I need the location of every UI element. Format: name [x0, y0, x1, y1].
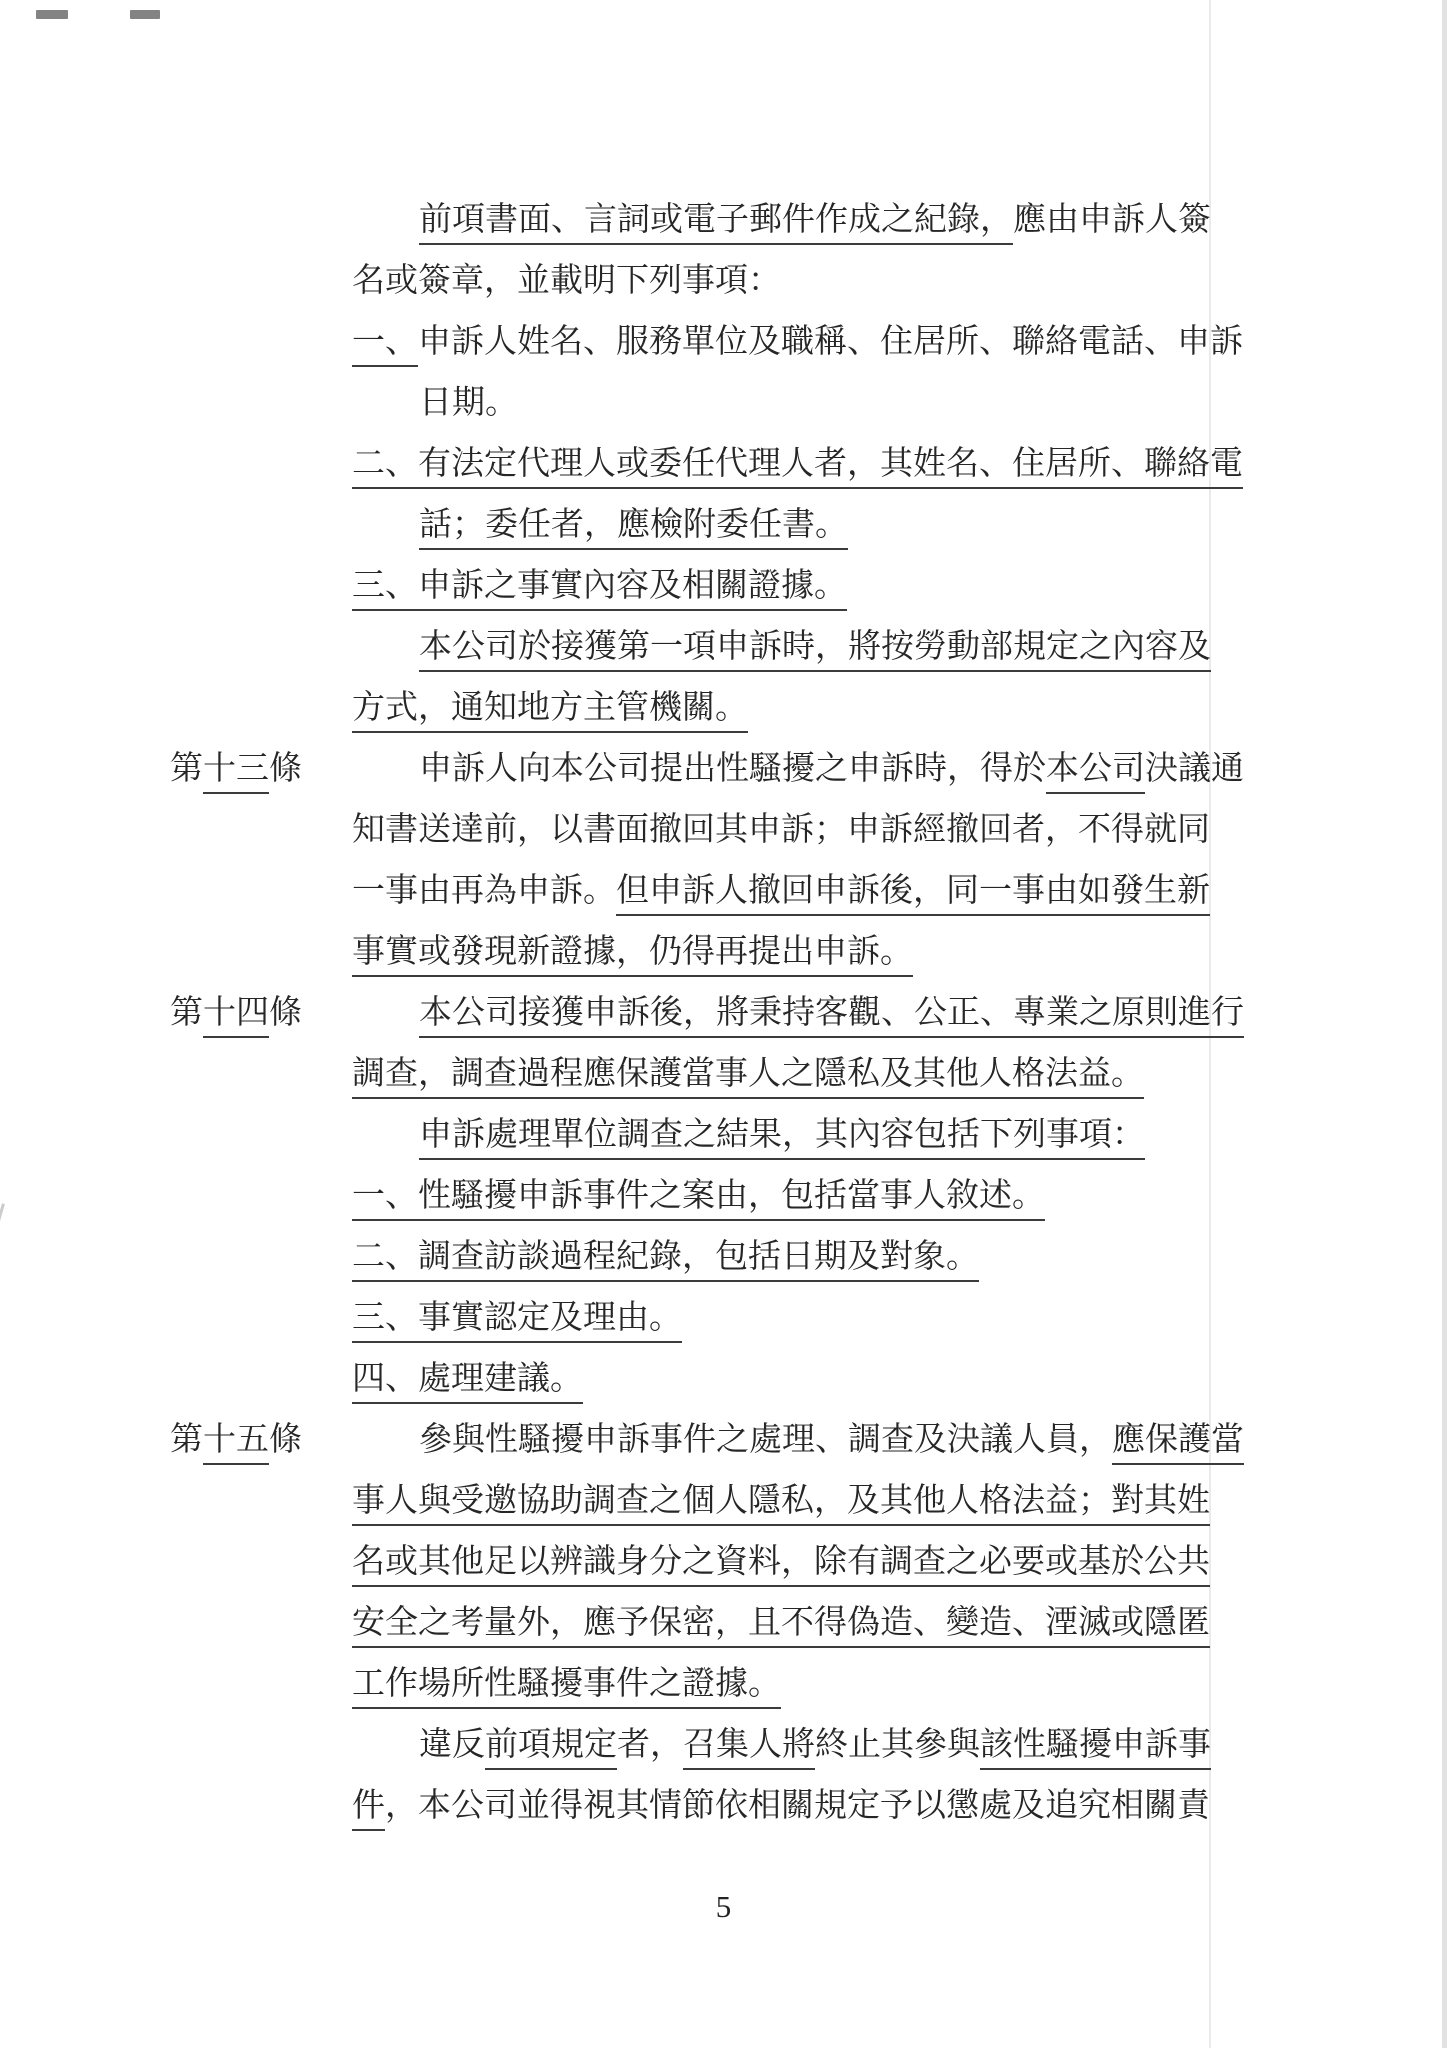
text-segment: 召集人將: [683, 1727, 815, 1770]
text-segment: 應由申訴人簽: [1013, 202, 1211, 243]
text-line: 事人與受邀協助調查之個人隱私，及其他人格法益；對其姓: [352, 1478, 1447, 1539]
scan-artifact-mark: [130, 10, 160, 19]
text-line: 第十五條參與性騷擾申訴事件之處理、調查及決議人員，應保護當: [170, 1417, 1447, 1478]
text-segment: 終止其參與: [815, 1727, 980, 1768]
text-segment: 本公司於接獲第一項申訴時，將按勞動部規定之內容及: [419, 629, 1211, 672]
text-line: 四、處理建議。: [352, 1356, 1447, 1417]
text-line: 調查，調查過程應保護當事人之隱私及其他人格法益。: [352, 1051, 1447, 1112]
article-number-label: 第十四條: [170, 995, 302, 1038]
text-segment: 件: [352, 1788, 385, 1831]
text-line: 第十四條本公司接獲申訴後，將秉持客觀、公正、專業之原則進行: [170, 990, 1447, 1051]
article-number-label: 第十五條: [170, 1422, 302, 1465]
text-segment: 該性騷擾申訴事: [980, 1727, 1211, 1770]
text-segment: 申訴人向本公司提出性騷擾之申訴時，得於: [419, 751, 1046, 792]
document-text-block: 前項書面、言詞或電子郵件作成之紀錄，應由申訴人簽名或簽章，並載明下列事項：一、申…: [0, 197, 1447, 1844]
text-line: 件，本公司並得視其情節依相關規定予以懲處及追究相關責: [352, 1783, 1447, 1844]
text-segment: 二、有法定代理人或委任代理人者，其姓名、住居所、聯絡電: [352, 446, 1243, 489]
text-line: 工作場所性騷擾事件之證據。: [352, 1661, 1447, 1722]
text-segment: 條: [269, 751, 302, 792]
text-segment: 本公司接獲申訴後，將秉持客觀、公正、專業之原則進行: [419, 995, 1244, 1038]
page-number: 5: [0, 1889, 1447, 1925]
text-segment: 參與性騷擾申訴事件之處理、調查及決議人員，: [419, 1422, 1112, 1463]
text-line: 日期。: [419, 380, 1447, 441]
text-segment: 調查，調查過程應保護當事人之隱私及其他人格法益。: [352, 1056, 1144, 1099]
text-line: 本公司於接獲第一項申訴時，將按勞動部規定之內容及: [419, 624, 1447, 685]
text-line: 二、有法定代理人或委任代理人者，其姓名、住居所、聯絡電: [352, 441, 1447, 502]
text-line: 一、性騷擾申訴事件之案由，包括當事人敘述。: [352, 1173, 1447, 1234]
text-line: 違反前項規定者，召集人將終止其參與該性騷擾申訴事: [419, 1722, 1447, 1783]
text-line: 名或簽章，並載明下列事項：: [352, 258, 1447, 319]
text-segment: 第: [170, 1422, 203, 1463]
text-line: 方式，通知地方主管機關。: [352, 685, 1447, 746]
scan-artifact-mark: [36, 10, 68, 19]
text-segment: 二、調查訪談過程紀錄，包括日期及對象。: [352, 1239, 979, 1282]
text-line: 事實或發現新證據，仍得再提出申訴。: [352, 929, 1447, 990]
text-segment: 本公司: [1046, 751, 1145, 794]
text-line: 二、調查訪談過程紀錄，包括日期及對象。: [352, 1234, 1447, 1295]
text-segment: 知書送達前，以書面撤回其申訴；申訴經撤回者，不得就同: [352, 812, 1210, 853]
text-segment: 三、事實認定及理由。: [352, 1300, 682, 1343]
text-segment: 但申訴人撤回申訴後，同一事由如發生新: [616, 873, 1210, 916]
text-segment: 話；委任者，應檢附委任書。: [419, 507, 848, 550]
text-segment: 十四: [203, 995, 269, 1038]
text-segment: 條: [269, 1422, 302, 1463]
article-number-label: 第十三條: [170, 751, 302, 794]
text-segment: 三、申訴之事實內容及相關證據。: [352, 568, 847, 611]
text-segment: 應保護當: [1112, 1422, 1244, 1465]
text-line: 第十三條申訴人向本公司提出性騷擾之申訴時，得於本公司決議通: [170, 746, 1447, 807]
text-segment: 第: [170, 751, 203, 792]
text-segment: 決議通: [1145, 751, 1244, 792]
scanned-document-page: 前項書面、言詞或電子郵件作成之紀錄，應由申訴人簽名或簽章，並載明下列事項：一、申…: [0, 0, 1447, 2048]
text-segment: 條: [269, 995, 302, 1036]
text-line: 前項書面、言詞或電子郵件作成之紀錄，應由申訴人簽: [419, 197, 1447, 258]
text-segment: 者，: [617, 1727, 683, 1768]
text-segment: 日期。: [419, 385, 518, 426]
text-line: 一、申訴人姓名、服務單位及職稱、住居所、聯絡電話、申訴: [352, 319, 1447, 380]
text-segment: 方式，通知地方主管機關。: [352, 690, 748, 733]
text-segment: 申訴處理單位調查之結果，其內容包括下列事項：: [419, 1117, 1145, 1160]
text-segment: 事人與受邀協助調查之個人隱私，及其他人格法益；對其姓: [352, 1483, 1210, 1526]
text-segment: ，本公司並得視其情節依相關規定予以懲處及追究相關責: [385, 1788, 1210, 1829]
text-segment: 一事由再為申訴。: [352, 873, 616, 914]
text-segment: 申訴人姓名、服務單位及職稱、住居所、聯絡電話、申訴: [418, 324, 1243, 365]
text-segment: 十三: [203, 751, 269, 794]
text-line: 安全之考量外，應予保密，且不得偽造、變造、湮滅或隱匿: [352, 1600, 1447, 1661]
text-segment: 一、性騷擾申訴事件之案由，包括當事人敘述。: [352, 1178, 1045, 1221]
text-line: 話；委任者，應檢附委任書。: [419, 502, 1447, 563]
text-line: 三、申訴之事實內容及相關證據。: [352, 563, 1447, 624]
text-segment: 名或其他足以辨識身分之資料，除有調查之必要或基於公共: [352, 1544, 1210, 1587]
text-segment: 十五: [203, 1422, 269, 1465]
text-segment: 前項規定: [485, 1727, 617, 1770]
text-line: 三、事實認定及理由。: [352, 1295, 1447, 1356]
text-segment: 安全之考量外，應予保密，且不得偽造、變造、湮滅或隱匿: [352, 1605, 1210, 1648]
text-segment: 工作場所性騷擾事件之證據。: [352, 1666, 781, 1709]
text-segment: 四、處理建議。: [352, 1361, 583, 1404]
text-segment: 事實或發現新證據，仍得再提出申訴。: [352, 934, 913, 977]
text-segment: 名或簽章，並載明下列事項：: [352, 263, 781, 304]
text-segment: 一、: [352, 324, 418, 367]
text-line: 申訴處理單位調查之結果，其內容包括下列事項：: [419, 1112, 1447, 1173]
text-line: 名或其他足以辨識身分之資料，除有調查之必要或基於公共: [352, 1539, 1447, 1600]
text-line: 一事由再為申訴。但申訴人撤回申訴後，同一事由如發生新: [352, 868, 1447, 929]
text-line: 知書送達前，以書面撤回其申訴；申訴經撤回者，不得就同: [352, 807, 1447, 868]
text-segment: 第: [170, 995, 203, 1036]
text-segment: 違反: [419, 1727, 485, 1768]
text-segment: 前項書面、言詞或電子郵件作成之紀錄，: [419, 202, 1013, 245]
